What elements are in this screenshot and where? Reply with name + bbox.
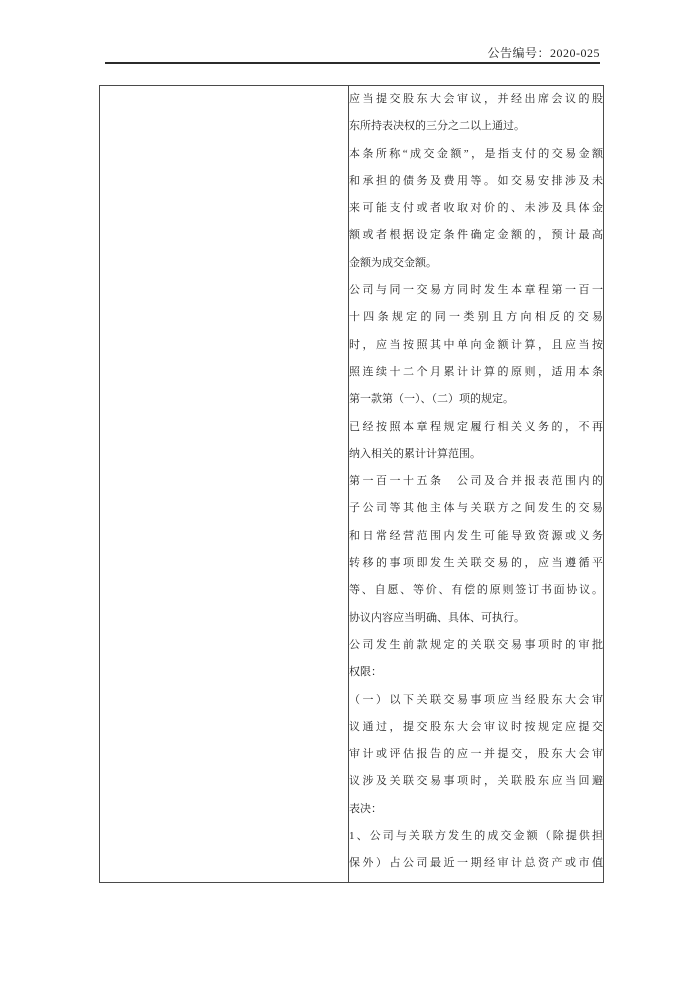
text-line: 权限： (349, 659, 603, 686)
text-line: 1、公司与关联方发生的成交金额（除提供担 (349, 823, 603, 850)
text-line: 和承担的债务及费用等。如交易安排涉及未 (349, 168, 603, 195)
header-rule (105, 62, 600, 64)
text-line: 时，应当按照其中单向金额计算，且应当按 (349, 332, 603, 359)
text-line: 子公司等其他主体与关联方之间发生的交易 (349, 495, 603, 522)
text-line: 第一款第（一）、（二）项的规定。 (349, 386, 603, 413)
text-line: 协议内容应当明确、具体、可执行。 (349, 605, 603, 632)
text-line: 公司发生前款规定的关联交易事项时的审批 (349, 632, 603, 659)
text-line: 议涉及关联交易事项时，关联股东应当回避 (349, 768, 603, 795)
text-line: 表决： (349, 796, 603, 823)
table-row: 应当提交股东大会审议，并经出席会议的股 东所持表决权的三分之二以上通过。 本条所… (100, 86, 604, 883)
text-line: 已经按照本章程规定履行相关义务的，不再 (349, 414, 603, 441)
text-line: 等、自愿、等价、有偿的原则签订书面协议。 (349, 577, 603, 604)
text-line: 审计或评估报告的应一并提交，股东大会审 (349, 741, 603, 768)
text-line: 十四条规定的同一类别且方向相反的交易 (349, 304, 603, 331)
text-line: （一）以下关联交易事项应当经股东大会审 (349, 687, 603, 714)
text-line: 额或者根据设定条件确定金额的，预计最高 (349, 222, 603, 249)
text-line: 来可能支付或者收取对价的、未涉及具体金 (349, 195, 603, 222)
text-line: 应当提交股东大会审议，并经出席会议的股 (349, 86, 603, 113)
table-cell-left (100, 86, 349, 883)
text-line: 本条所称“成交金额”，是指支付的交易金额 (349, 141, 603, 168)
text-line: 第一百一十五条 公司及合并报表范围内的 (349, 468, 603, 495)
text-line: 保外）占公司最近一期经审计总资产或市值 (349, 850, 603, 877)
text-line: 金额为成交金额。 (349, 250, 603, 277)
document-page: 公告编号：2020-025 应当提交股东大会审议，并经出席会议的股 东所持表决权… (0, 0, 700, 990)
articles-table: 应当提交股东大会审议，并经出席会议的股 东所持表决权的三分之二以上通过。 本条所… (99, 85, 604, 883)
text-line: 纳入相关的累计计算范围。 (349, 441, 603, 468)
notice-number: 公告编号：2020-025 (200, 44, 600, 61)
text-line: 公司与同一交易方同时发生本章程第一百一 (349, 277, 603, 304)
text-line: 东所持表决权的三分之二以上通过。 (349, 113, 603, 140)
table-cell-right: 应当提交股东大会审议，并经出席会议的股 东所持表决权的三分之二以上通过。 本条所… (349, 86, 604, 883)
text-line: 转移的事项即发生关联交易的，应当遵循平 (349, 550, 603, 577)
text-line: 议通过，提交股东大会审议时按规定应提交 (349, 714, 603, 741)
text-line: 和日常经营范围内发生可能导致资源或义务 (349, 523, 603, 550)
text-line: 照连续十二个月累计计算的原则，适用本条 (349, 359, 603, 386)
